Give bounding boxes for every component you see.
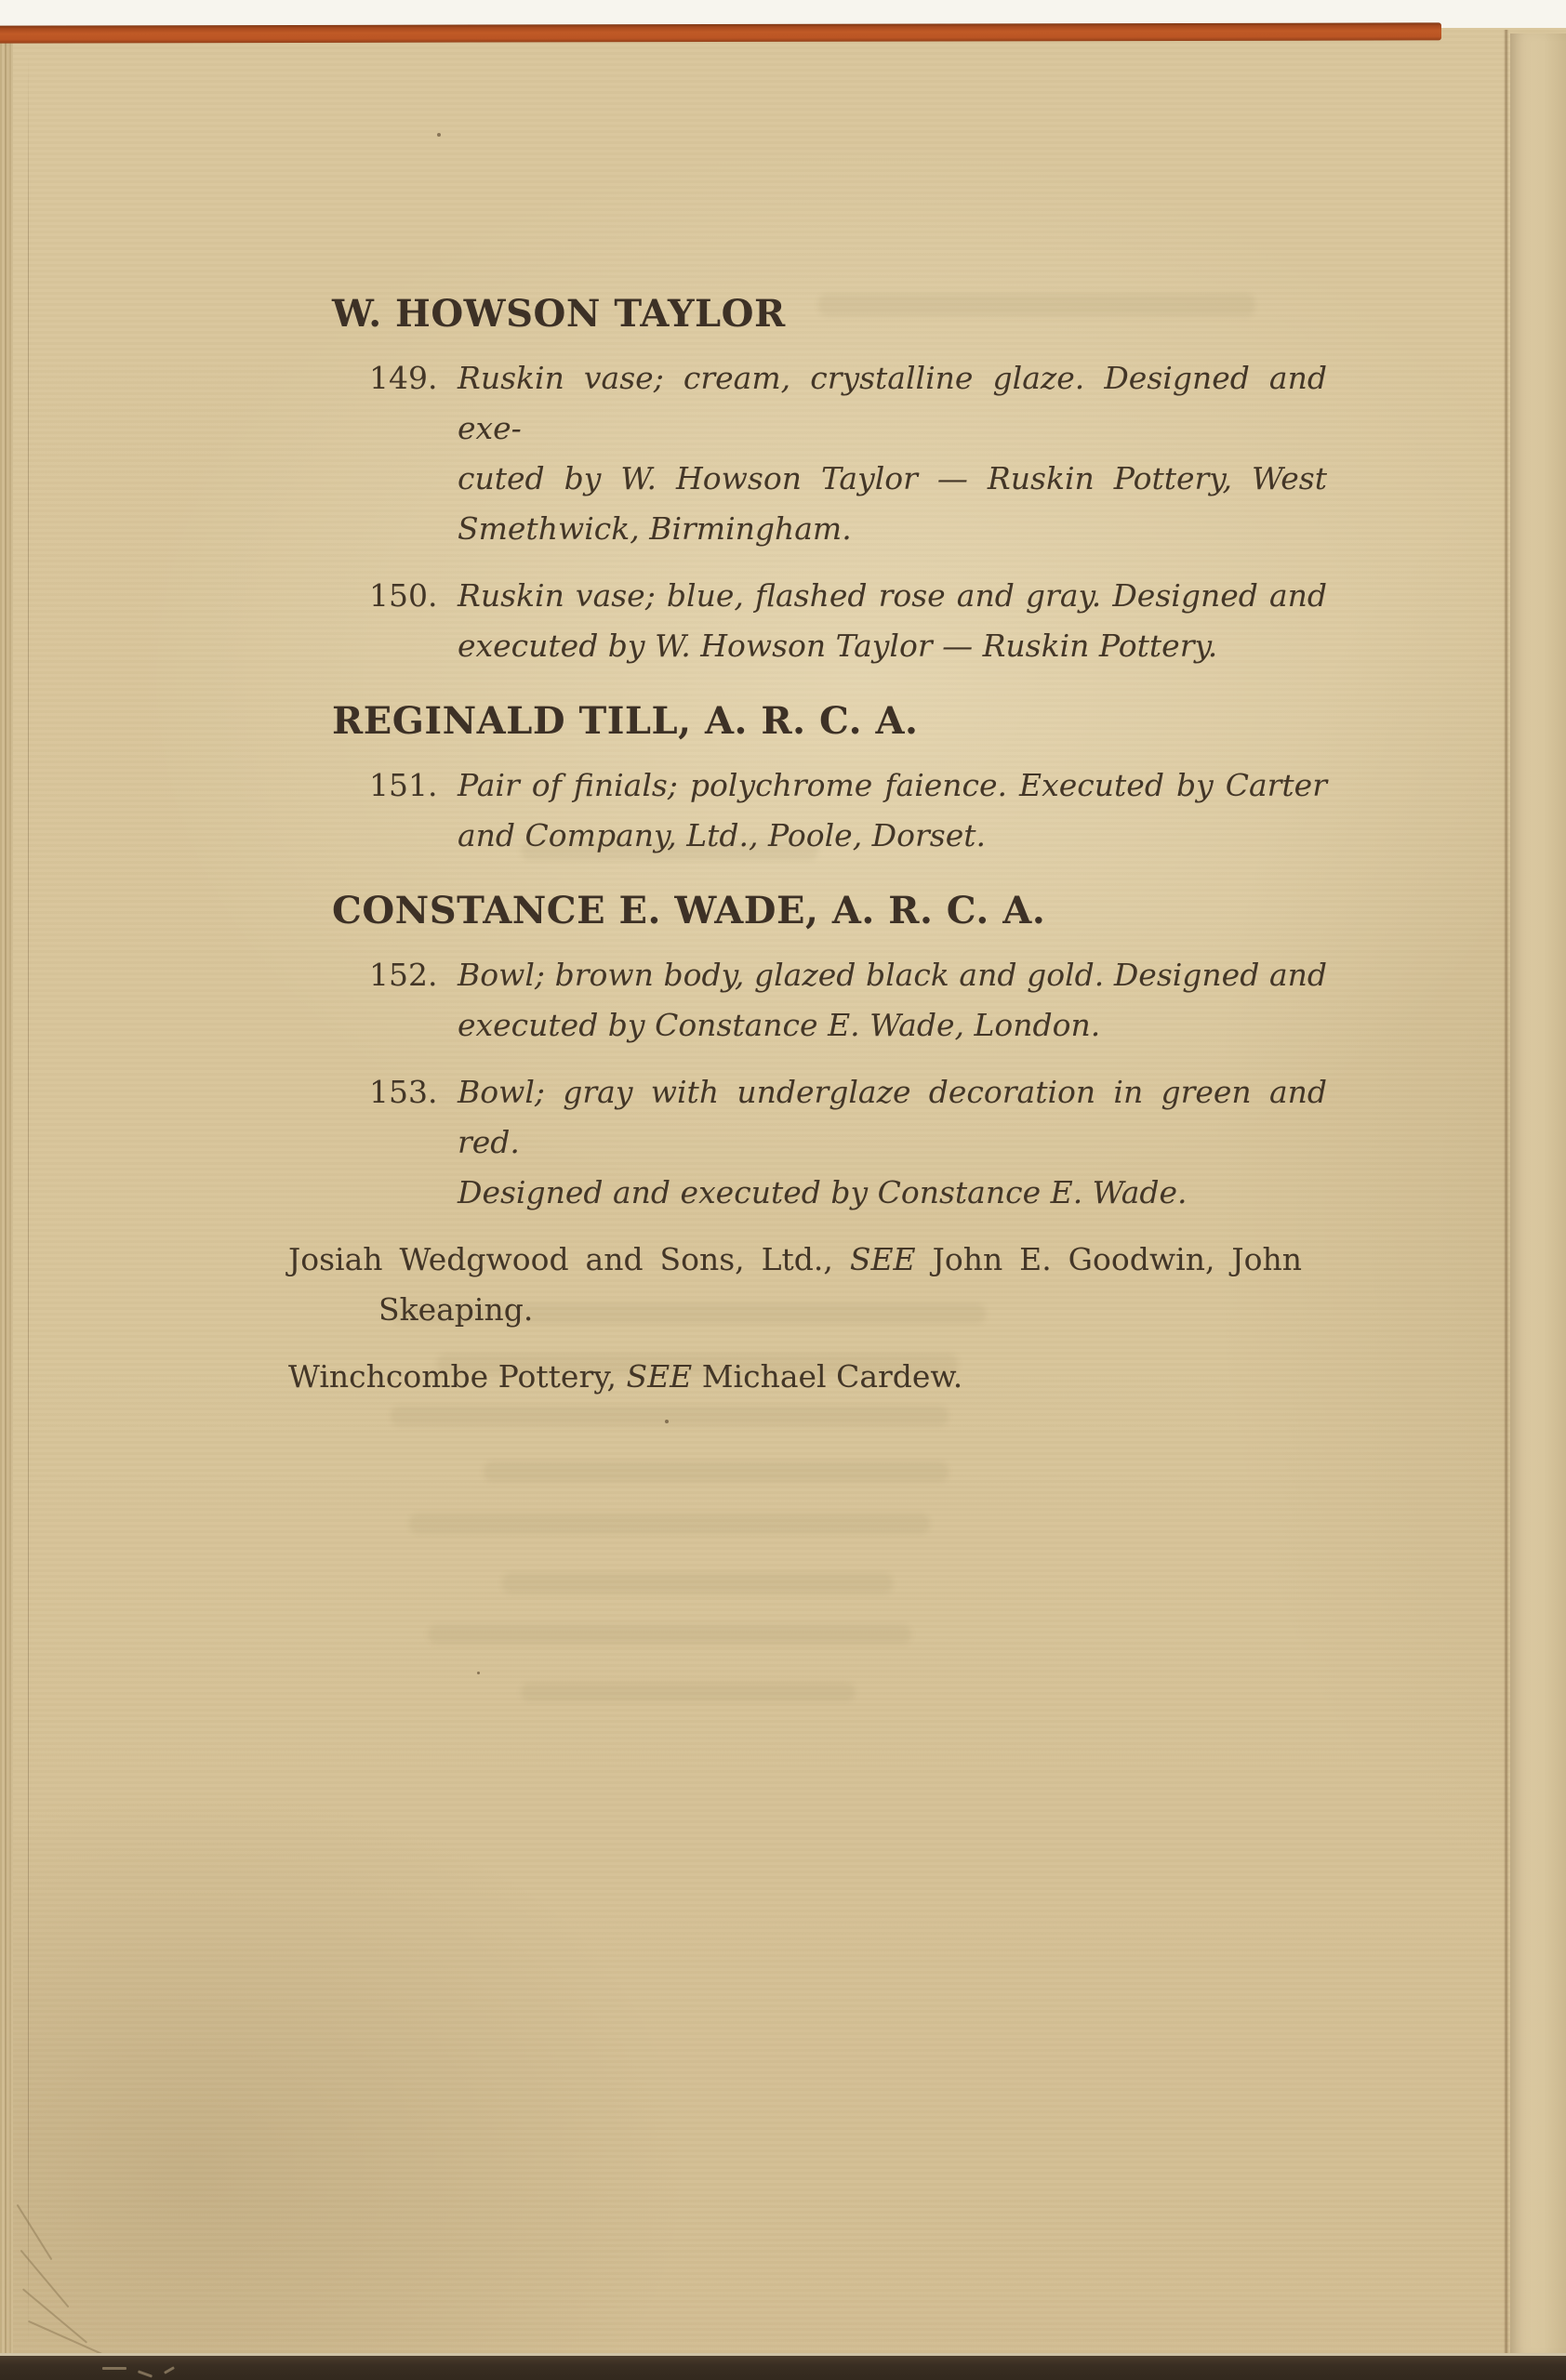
section-heading: REGINALD TILL, A. R. C. A.: [332, 699, 1441, 744]
section-heading: W. HOWSON TAYLOR: [332, 292, 1441, 337]
entry-line: cuted by W. Howson Taylor — Ruskin Potte…: [458, 454, 1327, 504]
see-text: Josiah Wedgwood and Sons, Ltd.,: [288, 1241, 850, 1277]
right-page-crease: [1504, 30, 1508, 2356]
paper-speck: [477, 1672, 480, 1674]
see-text: Winchcombe Pottery,: [288, 1358, 626, 1395]
catalog-entry: 149.Ruskin vase; cream, crystalline glaz…: [369, 353, 1441, 554]
see-reference: Josiah Wedgwood and Sons, Ltd., SEE John…: [288, 1235, 1302, 1335]
see-text: Michael Cardew.: [692, 1358, 962, 1395]
entry-line: Pair of finials; polychrome faience. Exe…: [458, 760, 1327, 811]
book-cover-edge: [0, 22, 1441, 43]
paper-speck: [437, 133, 441, 137]
entry-number: 149.: [369, 353, 437, 403]
see-keyword: SEE: [850, 1241, 916, 1277]
bottom-binding-band: [0, 2353, 1566, 2380]
entry-body: Bowl; brown body, glazed black and gold.…: [458, 950, 1327, 1051]
see-line: Josiah Wedgwood and Sons, Ltd., SEE John…: [288, 1235, 1302, 1285]
entry-line: Bowl; gray with underglaze decoration in…: [458, 1067, 1327, 1168]
see-keyword: SEE: [626, 1358, 692, 1395]
catalog-content: W. HOWSON TAYLOR149.Ruskin vase; cream, …: [0, 292, 1441, 1402]
entry-number: 151.: [369, 760, 437, 811]
entry-line: Smethwick, Birmingham.: [458, 504, 1327, 554]
entry-line: Designed and executed by Constance E. Wa…: [458, 1168, 1327, 1218]
entry-body: Ruskin vase; blue, flashed rose and gray…: [458, 571, 1327, 671]
section-heading: CONSTANCE E. WADE, A. R. C. A.: [332, 889, 1441, 933]
catalog-entry: 153.Bowl; gray with underglaze decoratio…: [369, 1067, 1441, 1218]
see-line: Winchcombe Pottery, SEE Michael Cardew.: [288, 1352, 1302, 1402]
see-text: Skeaping.: [378, 1291, 533, 1328]
next-page-edge: [1510, 33, 1566, 2356]
entry-line: Ruskin vase; blue, flashed rose and gray…: [458, 571, 1327, 621]
entry-line: Bowl; brown body, glazed black and gold.…: [458, 950, 1327, 1000]
entry-line: and Company, Ltd., Poole, Dorset.: [458, 811, 1327, 861]
entry-line: executed by W. Howson Taylor — Ruskin Po…: [458, 621, 1327, 671]
catalog-entry: 152.Bowl; brown body, glazed black and g…: [369, 950, 1441, 1051]
entry-body: Bowl; gray with underglaze decoration in…: [458, 1067, 1327, 1218]
paper-speck: [665, 1420, 669, 1423]
entry-number: 153.: [369, 1067, 437, 1117]
see-line: Skeaping.: [378, 1285, 1302, 1335]
catalog-entry: 150.Ruskin vase; blue, flashed rose and …: [369, 571, 1441, 671]
entry-line: Ruskin vase; cream, crystalline glaze. D…: [458, 353, 1327, 454]
entry-number: 152.: [369, 950, 437, 1000]
entry-line: executed by Constance E. Wade, London.: [458, 1000, 1327, 1051]
entry-body: Ruskin vase; cream, crystalline glaze. D…: [458, 353, 1327, 554]
entry-number: 150.: [369, 571, 437, 621]
see-text: John E. Goodwin, John: [916, 1241, 1302, 1277]
entry-body: Pair of finials; polychrome faience. Exe…: [458, 760, 1327, 861]
scanned-book-photo: W. HOWSON TAYLOR149.Ruskin vase; cream, …: [0, 0, 1566, 2380]
catalog-entry: 151.Pair of finials; polychrome faience.…: [369, 760, 1441, 861]
see-reference: Winchcombe Pottery, SEE Michael Cardew.: [288, 1352, 1302, 1402]
